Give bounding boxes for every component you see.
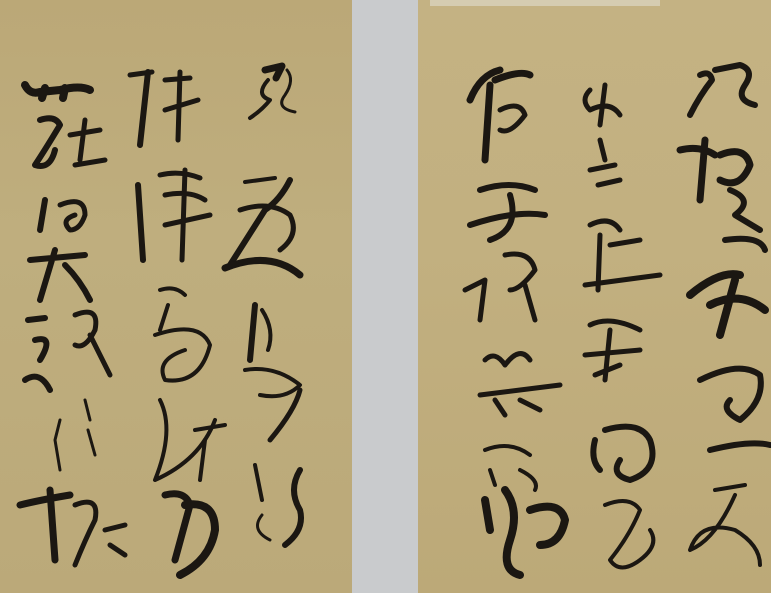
right-column-e [585,85,660,568]
right-column-d [680,65,770,565]
calligraphy-ink [0,0,771,593]
left-column-a [225,66,301,545]
right-column-f [465,70,565,575]
left-column-b [130,72,225,575]
left-column-c [20,85,125,565]
